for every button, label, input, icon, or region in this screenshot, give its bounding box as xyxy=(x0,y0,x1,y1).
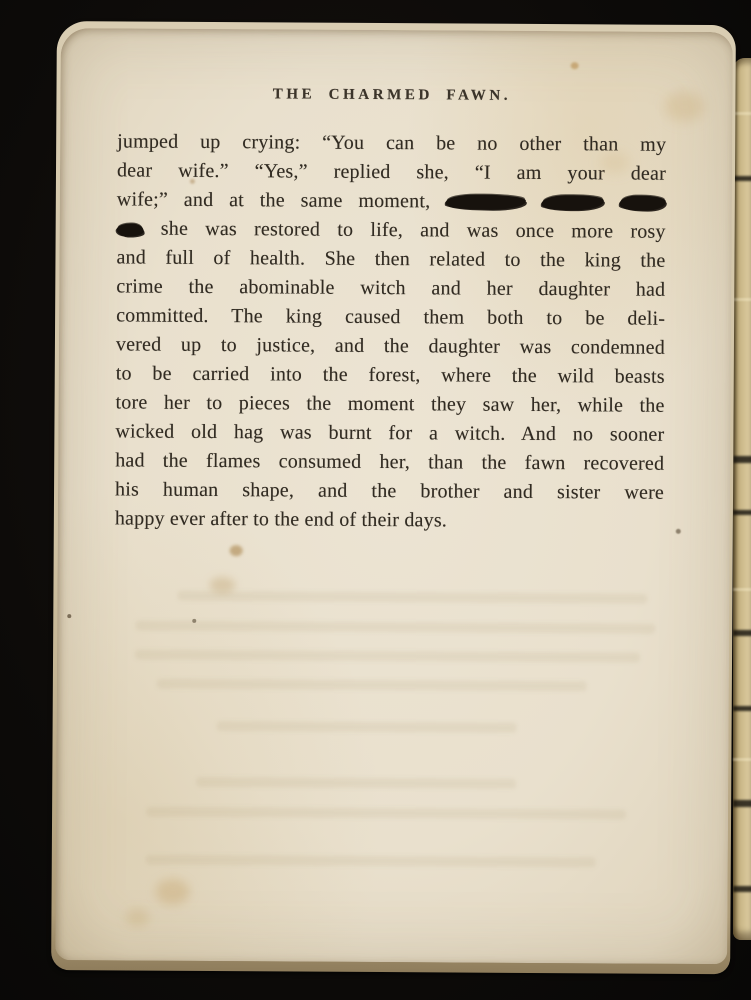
book-leaf-group: THE CHARMED FAWN. jumped up crying: “You… xyxy=(0,0,751,1000)
book-scan-scene: THE CHARMED FAWN. jumped up crying: “You… xyxy=(0,0,751,1000)
show-through-line xyxy=(135,621,655,634)
text-line: wicked old hag was burnt for a witch. An… xyxy=(115,417,664,449)
ink-scribble xyxy=(542,195,604,211)
ink-speck xyxy=(676,529,681,534)
story-paragraph: jumped up crying: “You can be no other t… xyxy=(115,127,666,536)
text-line: crime the abominable witch and her daugh… xyxy=(116,272,665,304)
show-through-line xyxy=(146,807,626,820)
show-through-line xyxy=(135,650,640,663)
show-through-line xyxy=(196,777,516,789)
foxing-spot xyxy=(600,151,630,173)
foxing-spot xyxy=(664,92,704,122)
show-through-line xyxy=(177,591,647,604)
text-line: his human shape, and the brother and sis… xyxy=(115,475,664,507)
ink-scribble xyxy=(117,223,144,236)
foxing-spot xyxy=(190,179,195,184)
book-page: THE CHARMED FAWN. jumped up crying: “You… xyxy=(55,28,733,964)
text-line: vered up to justice, and the daughter wa… xyxy=(116,330,665,362)
text-line: dear wife.” “Yes,” replied she, “I am yo… xyxy=(117,156,666,188)
show-through-line xyxy=(157,679,587,692)
foxing-spot xyxy=(571,62,579,69)
foxing-spot xyxy=(230,545,243,556)
text-line: wife;” and at the same moment, xyxy=(117,185,666,217)
ink-speck xyxy=(67,614,71,618)
text-line: jumped up crying: “You can be no other t… xyxy=(117,127,666,159)
foxing-spot xyxy=(209,577,235,593)
text-line: committed. The king caused them both to … xyxy=(116,301,665,333)
text-line: she was restored to life, and was once m… xyxy=(117,214,666,246)
page-content: THE CHARMED FAWN. jumped up crying: “You… xyxy=(55,28,733,964)
page-title: THE CHARMED FAWN. xyxy=(117,85,666,105)
text-line-content: wife;” and at the same moment, xyxy=(117,188,431,212)
show-through-line xyxy=(146,855,596,868)
ink-scribble xyxy=(446,194,526,209)
ink-speck xyxy=(192,619,196,623)
text-line: happy ever after to the end of their day… xyxy=(115,504,664,536)
text-line: had the flames consumed her, than the fa… xyxy=(115,446,664,478)
text-line: tore her to pieces the moment they saw h… xyxy=(115,388,664,420)
foxing-spot xyxy=(156,879,190,905)
show-through-line xyxy=(217,721,517,733)
text-line-content: she was restored to life, and was once m… xyxy=(161,218,666,243)
ink-scribble xyxy=(620,195,666,210)
text-line: to be carried into the forest, where the… xyxy=(116,359,665,391)
text-line: and full of health. She then related to … xyxy=(116,243,665,275)
foxing-spot xyxy=(125,908,149,926)
